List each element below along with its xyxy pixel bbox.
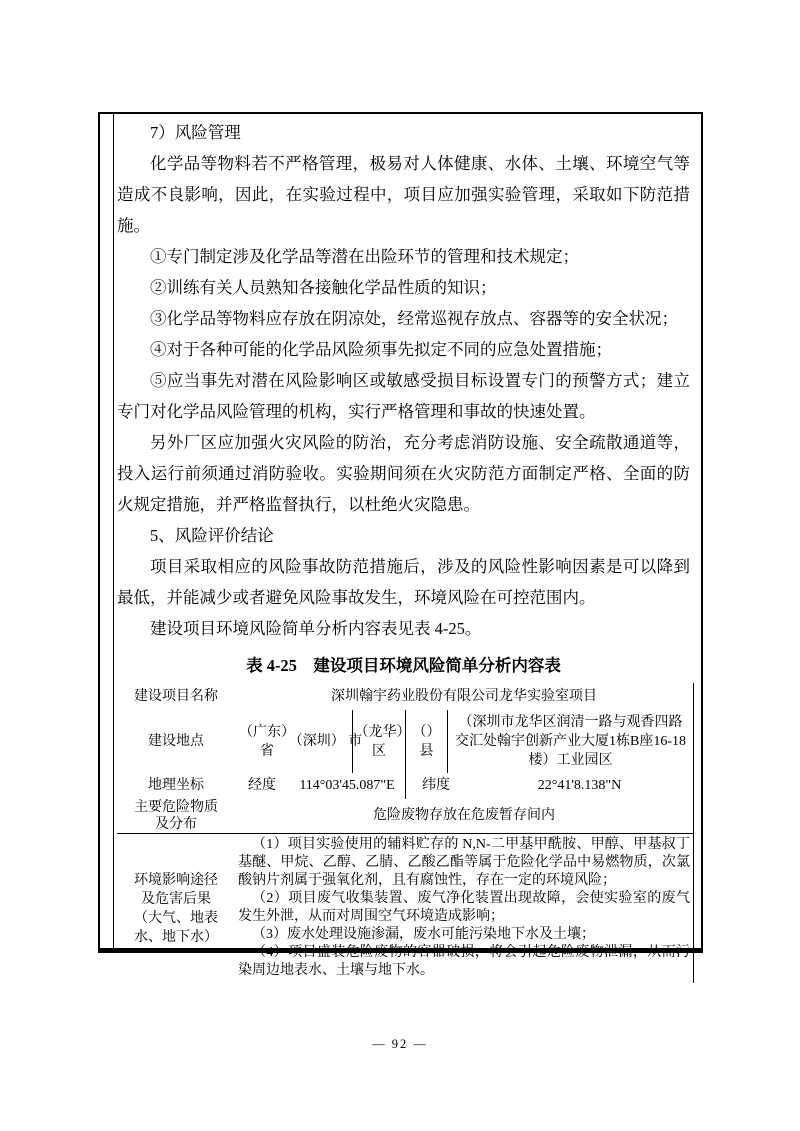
list-item-3: ③化学品等物料应存放在阴凉处，经常巡视存放点、容器等的安全状况； — [117, 303, 690, 334]
table-row-impact: 环境影响途径及危害后果（大气、地表水、地下水） （1）项目实验使用的辅料贮存的 … — [117, 833, 693, 983]
latitude-label: 纬度 — [406, 773, 466, 799]
project-name-value: 深圳翰宇药业股份有限公司龙华实验室项目 — [235, 683, 693, 710]
table-row-project-name: 建设项目名称 深圳翰宇药业股份有限公司龙华实验室项目 — [117, 683, 693, 710]
location-label: 建设地点 — [117, 710, 235, 773]
longitude-value: 114°03'45.087"E — [289, 773, 406, 799]
paragraph: 另外厂区应加强火灾风险的防治，充分考虑消防设施、安全疏散通道等，投入运行前须通过… — [117, 427, 690, 520]
page-number: — 92 — — [0, 1037, 800, 1052]
section-heading-risk-management: 7）风险管理 — [117, 117, 690, 148]
impact-item-1: （1）项目实验使用的辅料贮存的 N,N-二甲基甲酰胺、甲醇、甲基叔丁基醚、甲烷、… — [238, 836, 690, 890]
hazard-label: 主要危险物质及分布 — [117, 799, 235, 833]
coordinates-label: 地理坐标 — [117, 773, 235, 799]
impact-item-2: （2）项目废气收集装置、废气净化装置出现故障，会使实验室的废气发生外泄，从而对周… — [238, 890, 690, 926]
location-county: （）县 — [405, 710, 447, 773]
section-heading-risk-conclusion: 5、风险评价结论 — [117, 520, 690, 551]
impact-item-4: （4）项目盛装危险废物的容器破损，将会引起危险废物泄漏，从而污染周边地表水、土壤… — [238, 944, 690, 980]
left-margin-rule — [113, 114, 114, 948]
impact-label-text: 环境影响途径及危害后果（大气、地表水、地下水） — [130, 871, 222, 947]
latitude-value: 22°41'8.138"N — [466, 773, 693, 799]
list-item-4: ④对于各种可能的化学品风险须事先拟定不同的应急处置措施； — [117, 334, 690, 365]
hazard-value: 危险废物存放在危废暂存间内 — [235, 799, 693, 833]
paragraph: 建设项目环境风险简单分析内容表见表 4-25。 — [117, 613, 690, 644]
impact-content: （1）项目实验使用的辅料贮存的 N,N-二甲基甲酰胺、甲醇、甲基叔丁基醚、甲烷、… — [235, 834, 693, 983]
location-address: （深圳市龙华区润清一路与观香四路交汇处翰宇创新产业大厦1栋B座16-18楼）工业… — [447, 710, 693, 773]
location-district: （龙华）区 — [352, 710, 405, 773]
location-city: （深圳） 市 — [299, 710, 352, 773]
longitude-label: 经度 — [235, 773, 289, 799]
impact-label: 环境影响途径及危害后果（大气、地表水、地下水） — [117, 834, 235, 983]
table-row-hazard: 主要危险物质及分布 危险废物存放在危废暂存间内 — [117, 799, 693, 833]
paragraph: 化学品等物料若不严格管理，极易对人体健康、水体、土壤、环境空气等造成不良影响，因… — [117, 148, 690, 241]
project-name-label: 建设项目名称 — [117, 683, 235, 710]
list-item-5: ⑤应当事先对潜在风险影响区或敏感受损目标设置专门的预警方式；建立专门对化学品风险… — [117, 365, 690, 427]
paragraph: 项目采取相应的风险事故防范措施后，涉及的风险性影响因素是可以降到最低，并能减少或… — [117, 551, 690, 613]
table-row-coordinates: 地理坐标 经度 114°03'45.087"E 纬度 22°41'8.138"N — [117, 773, 693, 799]
hazard-label-text: 主要危险物质及分布 — [130, 799, 222, 833]
table-row-location: 建设地点 （广东）省 （深圳） 市 （龙华）区 （）县 （深圳市龙华区润清一路与… — [117, 710, 693, 773]
list-item-1: ①专门制定涉及化学品等潜在出险环节的管理和技术规定； — [117, 241, 690, 272]
list-item-2: ②训练有关人员熟知各接触化学品性质的知识； — [117, 272, 690, 303]
page-content: 7）风险管理 化学品等物料若不严格管理，极易对人体健康、水体、土壤、环境空气等造… — [117, 117, 690, 983]
impact-item-3: （3）废水处理设施渗漏，废水可能污染地下水及土壤； — [238, 926, 690, 944]
risk-analysis-table: 建设项目名称 深圳翰宇药业股份有限公司龙华实验室项目 建设地点 （广东）省 （深… — [117, 683, 694, 983]
table-caption: 表 4-25 建设项目环境风险简单分析内容表 — [117, 652, 690, 676]
page-frame: 7）风险管理 化学品等物料若不严格管理，极易对人体健康、水体、土壤、环境空气等造… — [98, 112, 703, 953]
